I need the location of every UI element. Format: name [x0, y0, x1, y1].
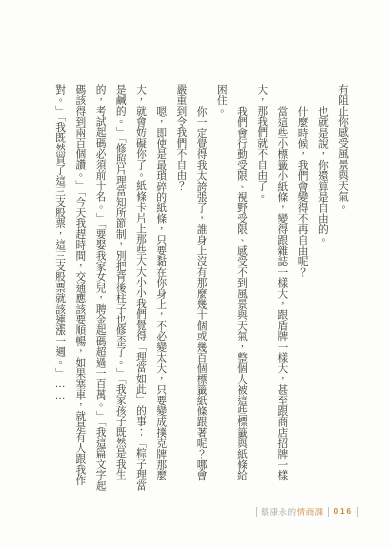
- paragraph: 你一定覺得我太誇張了，誰身上沒有那麼幾十個或幾百個標籤紙條跟著呢？哪會嚴重到令我…: [171, 84, 211, 491]
- book-title-highlight: 情商課: [297, 506, 324, 518]
- page-number: 016: [334, 506, 353, 518]
- paragraph: 有阻止你感受風景與天氣。: [333, 84, 353, 491]
- text-block: 有阻止你感受風景與天氣。也就是說，你還算是自由的。什麼時候，我們會變得不再自由呢…: [41, 84, 353, 491]
- footer-separator: [256, 507, 257, 517]
- paragraph: 當這些小標籤小紙條，變得跟雜誌一樣大，跟盾牌一樣大，甚至跟商店招牌一樣大，那我們…: [252, 84, 292, 491]
- footer-separator: [328, 507, 329, 517]
- book-title-prefix: 蔡康永的: [261, 506, 297, 518]
- paragraph: 嗯，即使是最瑣碎的紙條，只要黏在你身上，不必變太大，只要變成撲克牌那麼大，就會妨…: [50, 84, 171, 491]
- paragraph: 我們會行動受限、視野受限、感受不到風景與天氣，整個人被這些標籤與紙條給困住。: [212, 84, 252, 491]
- paragraph: 也就是說，你還算是自由的。: [313, 84, 333, 491]
- footer-separator: [357, 507, 358, 517]
- page-footer: 蔡康永的 情商課 016: [252, 506, 362, 518]
- book-page: 有阻止你感受風景與天氣。也就是說，你還算是自由的。什麼時候，我們會變得不再自由呢…: [0, 0, 390, 548]
- paragraph: 什麼時候，我們會變得不再自由呢？: [292, 84, 312, 491]
